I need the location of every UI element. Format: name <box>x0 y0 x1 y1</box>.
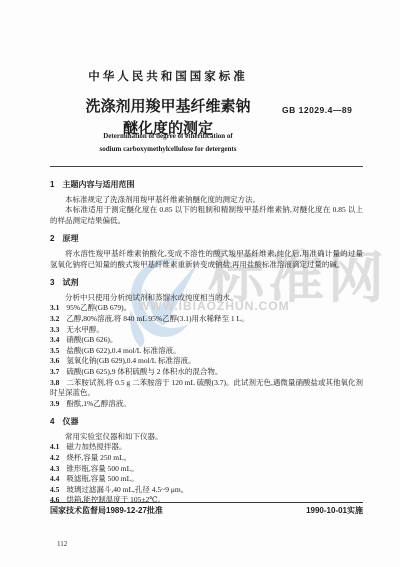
standard-country-line: 中华人民共和国国家标准 <box>50 68 286 84</box>
clause-item: 4.5玻璃过滤漏斗,40 mL,孔径 4.5~9 μm。 <box>50 485 363 496</box>
paragraph: 常用实验室仪器和如下仪器。 <box>50 432 363 443</box>
section-heading: 2原理 <box>50 234 363 245</box>
standard-title-line1: 洗涤剂用羧甲基纤维素钠 <box>50 96 286 118</box>
clause-item: 3.2乙醇,80%溶液,将 840 mL 95%乙醇(3.1)用水稀释至 1 L… <box>50 314 363 325</box>
section-heading: 1主题内容与适用范围 <box>50 180 363 191</box>
section-heading: 3试剂 <box>50 278 363 289</box>
clause-item: 3.195%乙醇(GB 679)。 <box>50 303 363 314</box>
clause-item: 4.1磁力加热搅拌器。 <box>50 442 363 453</box>
paragraph: 本标准规定了洗涤剂用羧甲基纤维素钠醚化度的测定方法。 <box>50 195 363 206</box>
implementation-text: 1990-10-01实施 <box>306 505 363 516</box>
clause-item: 3.7硫酸(GB 625),9 体积硫酸与 2 体积水的混合物。 <box>50 367 363 378</box>
standard-number: GB 12029.4—89 <box>282 105 372 115</box>
clause-item: 3.5盐酸(GB 622),0.4 mol/L 标准溶液。 <box>50 346 363 357</box>
paragraph: 分析中只使用分析纯试剂和蒸馏水或纯度相当的水。 <box>50 293 363 304</box>
clause-item: 4.4吸滤瓶,容量 500 mL。 <box>50 474 363 485</box>
sections: 1主题内容与适用范围本标准规定了洗涤剂用羧甲基纤维素钠醚化度的测定方法。本标准适… <box>50 172 363 506</box>
english-title-line2: sodium carboxymethylcellulose for deterg… <box>50 143 286 156</box>
clause-item: 3.8二苯胺试剂,将 0.5 g 二苯胺溶于 120 mL 硫酸(3.7)。此试… <box>50 378 363 399</box>
english-title: Determination of degree of etherificatio… <box>50 130 286 156</box>
page-number: 112 <box>57 540 67 548</box>
section-heading: 4仪器 <box>50 417 363 428</box>
clause-item: 3.9酚酞,1%乙醇溶液。 <box>50 399 363 410</box>
clause-item: 4.3锥形瓶,容量 500 mL。 <box>50 464 363 475</box>
paragraph: 本标准适用于测定醚化度在 0.85 以下的粗制和精制羧甲基纤维素钠,对醚化度在 … <box>50 205 363 226</box>
clause-item: 3.3无水甲醇。 <box>50 325 363 336</box>
content-layer: 中华人民共和国国家标准 洗涤剂用羧甲基纤维素钠 醚化度的测定 GB 12029.… <box>0 0 400 567</box>
document-page: 标准网 WWW.IBIAOZHUN.COM 中华人民共和国国家标准 洗涤剂用羧甲… <box>0 0 400 567</box>
clause-item: 3.4硝酸(GB 626)。 <box>50 335 363 346</box>
footer-divider <box>50 502 363 503</box>
english-title-line1: Determination of degree of etherificatio… <box>50 130 286 143</box>
footer: 国家技术监督局1989-12-27批准 1990-10-01实施 <box>50 505 363 516</box>
approval-text: 国家技术监督局1989-12-27批准 <box>50 505 163 516</box>
paragraph: 将水溶性羧甲基纤维素钠酸化,变成不溶性的酸式羧甲基纤维素,纯化后,用准确计量的过… <box>50 249 363 270</box>
header-divider <box>50 166 363 167</box>
clause-item: 4.2烧杯,容量 250 mL。 <box>50 453 363 464</box>
clause-item: 3.6氢氧化钠(GB 629),0.4 mol/L 标准溶液。 <box>50 356 363 367</box>
